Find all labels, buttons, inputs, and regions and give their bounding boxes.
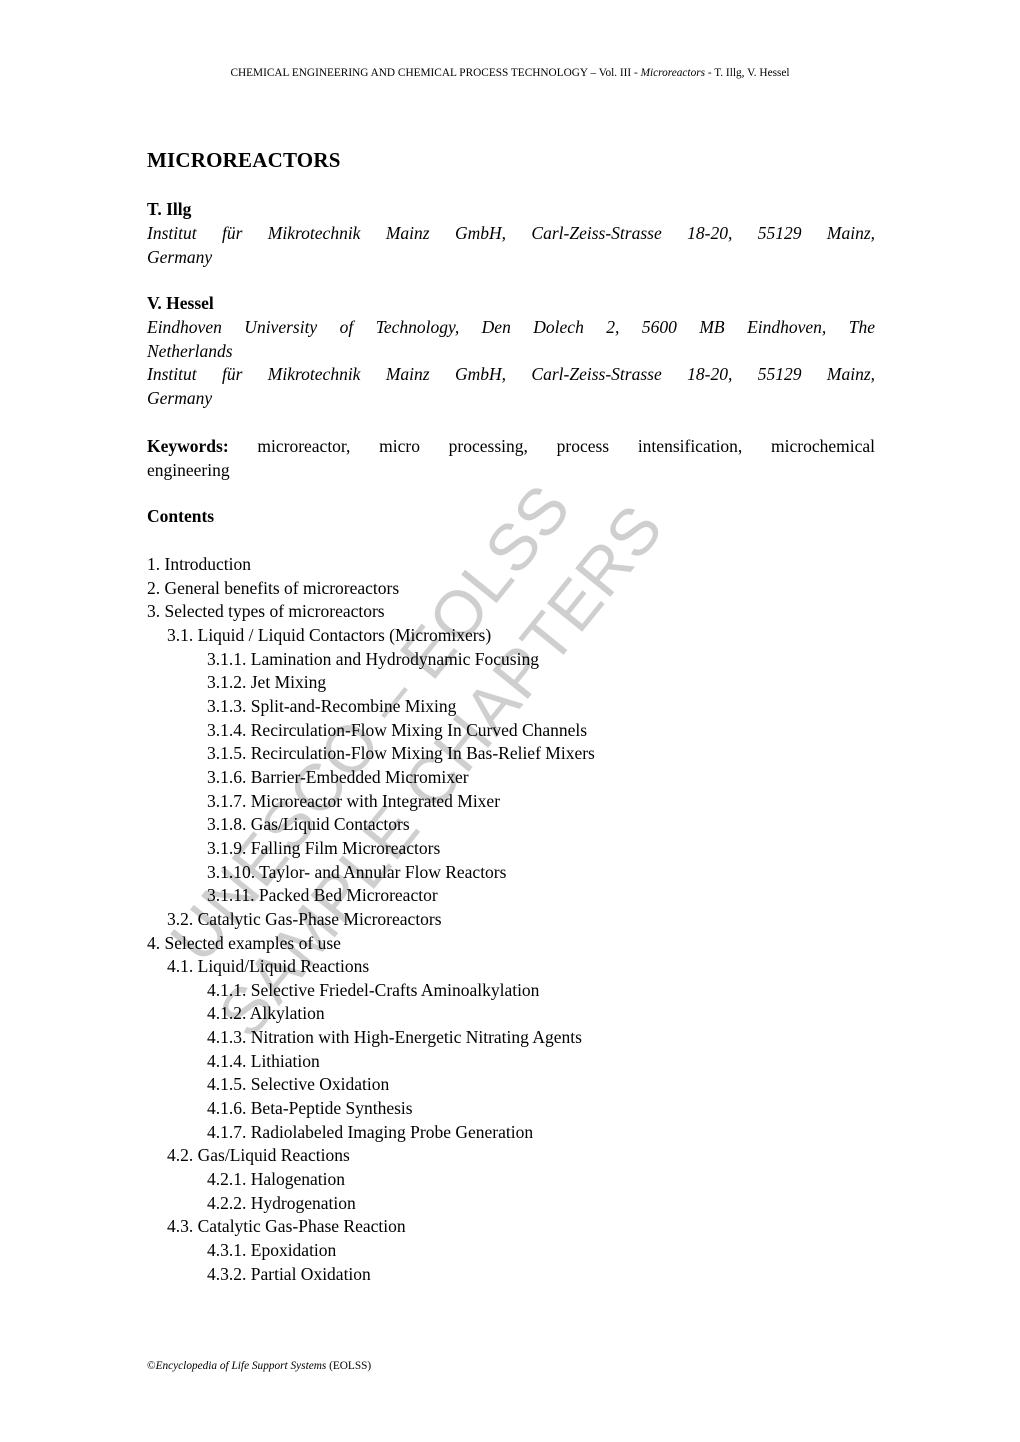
- header-authors: - T. Illg, V. Hessel: [705, 67, 790, 79]
- toc-entry[interactable]: 4.2. Gas/Liquid Reactions: [147, 1144, 595, 1168]
- toc-entry[interactable]: 4.1.5. Selective Oxidation: [147, 1073, 595, 1097]
- toc-entry[interactable]: 4.3. Catalytic Gas-Phase Reaction: [147, 1215, 595, 1239]
- toc-entry[interactable]: 3.1.7. Microreactor with Integrated Mixe…: [147, 790, 595, 814]
- toc-entry[interactable]: 3.1.10. Taylor- and Annular Flow Reactor…: [147, 861, 595, 885]
- toc-entry[interactable]: 4.2.2. Hydrogenation: [147, 1192, 595, 1216]
- keywords-label: Keywords:: [147, 436, 229, 456]
- toc-entry[interactable]: 3.1.3. Split-and-Recombine Mixing: [147, 695, 595, 719]
- author-affiliation: Institut für Mikrotechnik Mainz GmbH, Ca…: [147, 222, 875, 269]
- toc-entry[interactable]: 3.2. Catalytic Gas-Phase Microreactors: [147, 908, 595, 932]
- affiliation-line: Germany: [147, 246, 875, 270]
- keywords: Keywords: microreactor, micro processing…: [147, 435, 875, 482]
- author-affiliation: Eindhoven University of Technology, Den …: [147, 316, 875, 410]
- toc-entry[interactable]: 3. Selected types of microreactors: [147, 600, 595, 624]
- toc-entry[interactable]: 4.1.1. Selective Friedel-Crafts Aminoalk…: [147, 979, 595, 1003]
- author-name: V. Hessel: [147, 293, 214, 314]
- toc-entry[interactable]: 3.1.8. Gas/Liquid Contactors: [147, 813, 595, 837]
- copyright-symbol: ©: [147, 1360, 156, 1372]
- toc-entry[interactable]: 4.1.3. Nitration with High-Energetic Nit…: [147, 1026, 595, 1050]
- affiliation-line: Institut für Mikrotechnik Mainz GmbH, Ca…: [147, 363, 875, 387]
- toc-entry[interactable]: 3.1.5. Recirculation-Flow Mixing In Bas-…: [147, 742, 595, 766]
- toc-entry[interactable]: 3.1. Liquid / Liquid Contactors (Micromi…: [147, 624, 595, 648]
- toc-entry[interactable]: 3.1.2. Jet Mixing: [147, 671, 595, 695]
- header-chapter: Microreactors: [641, 67, 705, 79]
- toc-entry[interactable]: 3.1.11. Packed Bed Microreactor: [147, 884, 595, 908]
- toc-entry[interactable]: 4.2.1. Halogenation: [147, 1168, 595, 1192]
- footer-publication: Encyclopedia of Life Support Systems: [156, 1360, 327, 1372]
- page-footer: ©Encyclopedia of Life Support Systems (E…: [147, 1360, 371, 1372]
- toc-entry[interactable]: 3.1.9. Falling Film Microreactors: [147, 837, 595, 861]
- toc-entry[interactable]: 1. Introduction: [147, 553, 595, 577]
- affiliation-line: Netherlands: [147, 340, 875, 364]
- document-page: CHEMICAL ENGINEERING AND CHEMICAL PROCES…: [0, 0, 1020, 1442]
- toc-entry[interactable]: 4.1.6. Beta-Peptide Synthesis: [147, 1097, 595, 1121]
- footer-abbrev: (EOLSS): [326, 1360, 371, 1372]
- running-header: CHEMICAL ENGINEERING AND CHEMICAL PROCES…: [0, 67, 1020, 79]
- contents-heading: Contents: [147, 506, 214, 527]
- toc-entry[interactable]: 4.1.2. Alkylation: [147, 1002, 595, 1026]
- affiliation-line: Eindhoven University of Technology, Den …: [147, 316, 875, 340]
- page-title: MICROREACTORS: [147, 148, 341, 173]
- header-series: CHEMICAL ENGINEERING AND CHEMICAL PROCES…: [230, 67, 640, 79]
- toc-entry[interactable]: 4. Selected examples of use: [147, 932, 595, 956]
- keywords-text: microreactor, micro processing, process …: [229, 436, 875, 456]
- toc-entry[interactable]: 4.3.1. Epoxidation: [147, 1239, 595, 1263]
- keywords-text-cont: engineering: [147, 459, 875, 483]
- table-of-contents: 1. Introduction2. General benefits of mi…: [147, 553, 595, 1286]
- toc-entry[interactable]: 4.1. Liquid/Liquid Reactions: [147, 955, 595, 979]
- toc-entry[interactable]: 4.3.2. Partial Oxidation: [147, 1263, 595, 1287]
- toc-entry[interactable]: 2. General benefits of microreactors: [147, 577, 595, 601]
- affiliation-line: Germany: [147, 387, 875, 411]
- toc-entry[interactable]: 4.1.7. Radiolabeled Imaging Probe Genera…: [147, 1121, 595, 1145]
- toc-entry[interactable]: 3.1.1. Lamination and Hydrodynamic Focus…: [147, 648, 595, 672]
- toc-entry[interactable]: 3.1.4. Recirculation-Flow Mixing In Curv…: [147, 719, 595, 743]
- author-name: T. Illg: [147, 199, 191, 220]
- toc-entry[interactable]: 3.1.6. Barrier-Embedded Micromixer: [147, 766, 595, 790]
- affiliation-line: Institut für Mikrotechnik Mainz GmbH, Ca…: [147, 222, 875, 246]
- toc-entry[interactable]: 4.1.4. Lithiation: [147, 1050, 595, 1074]
